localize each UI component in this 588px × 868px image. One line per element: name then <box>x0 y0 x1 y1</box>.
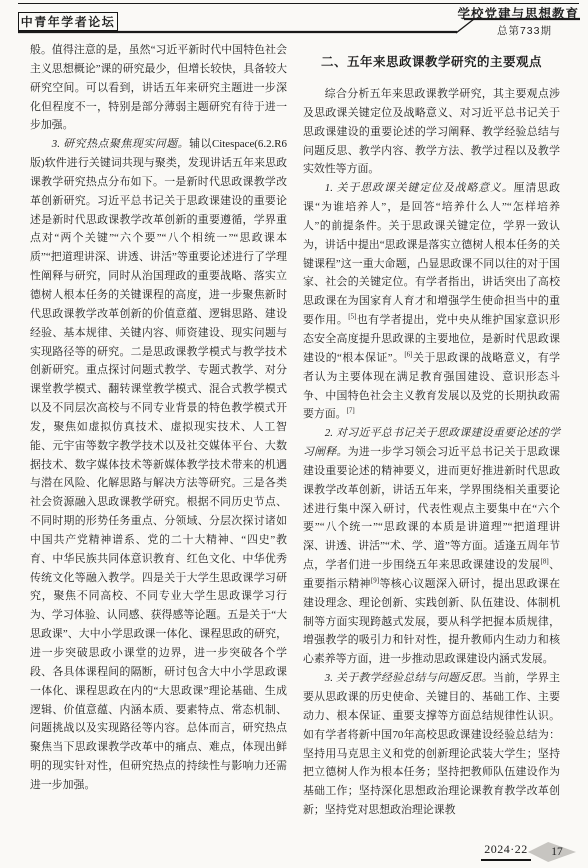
paragraph-text: 等核心议题深入研讨，提出思政课在建设理念、理论创新、实践创新、队伍建设、体制机制… <box>303 578 560 665</box>
page-number-badge: 17 <box>528 842 576 862</box>
column-banner-label: 中青年学者论坛 <box>21 13 116 30</box>
paragraph-lead: 3. 研究热点聚焦现实问题。 <box>52 138 189 150</box>
paragraph-text: 厘清思政课“为谁培养人”，是回答“培养什么人”“怎样培养人”的前提条件。关于思政… <box>303 182 560 326</box>
paragraph: 2. 对习近平总书记关于思政课建设重要论述的学习阐释。为进一步学习领会习近平总书… <box>303 424 560 669</box>
citation-ref: [6] <box>404 350 412 358</box>
right-column-body: 综合分析五年来思政课教学研究，其主要观点涉及思政课关键定位及战略意义、对习近平总… <box>303 85 560 820</box>
paragraph: 综合分析五年来思政课教学研究，其主要观点涉及思政课关键定位及战略意义、对习近平总… <box>303 85 560 179</box>
footer-issue-label: 2024·22 <box>481 842 531 861</box>
citation-ref: [9] <box>371 576 379 584</box>
paragraph-text: 当前，学界主要从思政课的历史使命、关键目的、基础工作、主要动力、根本保证、重要支… <box>303 672 560 816</box>
journal-page: 中青年学者论坛 学校党建与思想教育 总第733期 般。值得注意的是，虽然“习近平… <box>0 0 588 868</box>
paragraph-lead: 1. 关于思政课关键定位及战略意义。 <box>325 182 514 194</box>
left-column: 般。值得注意的是，虽然“习近平新时代中国特色社会主义思想概论”课的研究最少，但增… <box>30 41 287 795</box>
paragraph: 般。值得注意的是，虽然“习近平新时代中国特色社会主义思想概论”课的研究最少，但增… <box>30 41 287 135</box>
paragraph-lead: 3. 关于教学经验总结与问题反思。 <box>325 672 493 684</box>
paragraph: 3. 研究热点聚焦现实问题。辅以Citespace(6.2.R6版)软件进行关键… <box>30 135 287 795</box>
journal-title: 学校党建与思想教育 <box>457 4 579 22</box>
paragraph-text: 为进一步学习领会习近平总书记关于思政课建设重要论述的精神要义，进而更好推进新时代… <box>303 446 560 571</box>
citation-ref: [7] <box>347 407 355 415</box>
paragraph-text: 辅以Citespace(6.2.R6版)软件进行关键词共现与聚类，发现讲话五年来… <box>30 138 287 791</box>
column-banner: 中青年学者论坛 <box>18 12 118 31</box>
page-number: 17 <box>541 846 563 858</box>
right-column: 二、五年来思政课教学研究的主要观点 综合分析五年来思政课教学研究，其主要观点涉及… <box>303 52 560 820</box>
paragraph: 1. 关于思政课关键定位及战略意义。厘清思政课“为谁培养人”，是回答“培养什么人… <box>303 179 560 424</box>
journal-issue-number: 总第733期 <box>497 23 552 38</box>
section-heading: 二、五年来思政课教学研究的主要观点 <box>303 52 560 72</box>
paragraph-text: 般。值得注意的是，虽然“习近平新时代中国特色社会主义思想概论”课的研究最少，但增… <box>30 44 287 131</box>
paragraph: 3. 关于教学经验总结与问题反思。当前，学界主要从思政课的历史使命、关键目的、基… <box>303 669 560 820</box>
paragraph-text: 综合分析五年来思政课教学研究，其主要观点涉及思政课关键定位及战略意义、对习近平总… <box>303 88 560 175</box>
citation-ref: [8] <box>541 557 549 565</box>
